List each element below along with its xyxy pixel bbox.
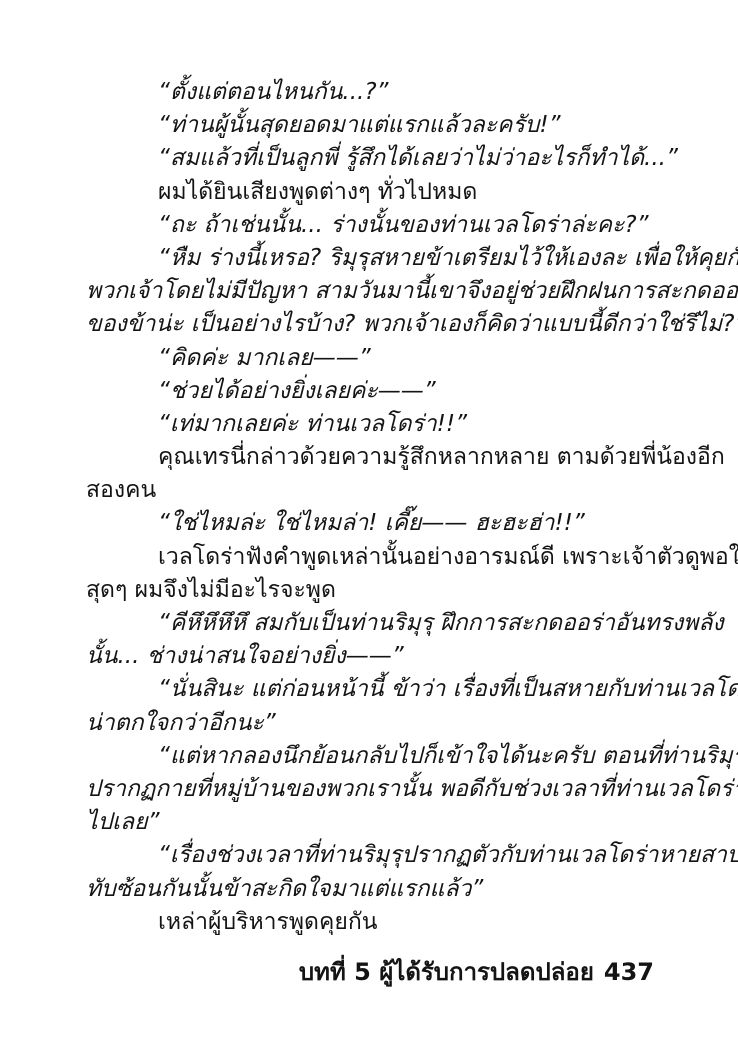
text-line: “ท่านผู้นั้นสุดยอดมาแต่แรกแล้วละครับ!”	[86, 109, 656, 142]
text-line: ไปเลย”	[86, 806, 656, 839]
text-line: เวลโดร่าฟังคำพูดเหล่านั้นอย่างอารมณ์ดี เ…	[86, 541, 656, 574]
text-line: สุดๆ ผมจึงไม่มีอะไรจะพูด	[86, 574, 656, 607]
text-line: “หืม ร่างนี้เหรอ? ริมุรุสหายข้าเตรียมไว้…	[86, 242, 656, 275]
text-line: “สมแล้วที่เป็นลูกพี่ รู้สึกได้เลยว่าไม่ว…	[86, 142, 656, 175]
text-line: “แต่หากลองนึกย้อนกลับไปก็เข้าใจได้นะครับ…	[86, 740, 656, 773]
text-line: เหล่าผู้บริหารพูดคุยกัน	[86, 906, 656, 939]
text-line: ของข้าน่ะ เป็นอย่างไรบ้าง? พวกเจ้าเองก็ค…	[86, 308, 656, 341]
text-line: พวกเจ้าโดยไม่มีปัญหา สามวันมานี้เขาจึงอย…	[86, 275, 656, 308]
text-lines: “ตั้งแต่ตอนไหนกัน...?”“ท่านผู้นั้นสุดยอด…	[86, 76, 656, 939]
text-line: “นั่นสินะ แต่ก่อนหน้านี้ ข้าว่า เรื่องที…	[86, 673, 656, 706]
novel-page: “ตั้งแต่ตอนไหนกัน...?”“ท่านผู้นั้นสุดยอด…	[0, 0, 738, 1051]
text-line: “เรื่องช่วงเวลาที่ท่านริมุรุปรากฏตัวกับท…	[86, 839, 656, 872]
text-line: น่าตกใจกว่าอีกนะ”	[86, 707, 656, 740]
chapter-title: บทที่ 5 ผู้ได้รับการปลดปล่อย	[299, 958, 594, 986]
text-line: “เท่มากเลยค่ะ ท่านเวลโดร่า!!”	[86, 408, 656, 441]
text-line: “ตั้งแต่ตอนไหนกัน...?”	[86, 76, 656, 109]
text-line: “คิดค่ะ มากเลย——”	[86, 342, 656, 375]
page-number: 437	[604, 958, 654, 986]
text-line: สองคน	[86, 474, 656, 507]
text-line: “ถะ ถ้าเช่นนั้น... ร่างนั้นของท่านเวลโดร…	[86, 209, 656, 242]
text-line: “คีหึหึหึหึ สมกับเป็นท่านริมุรุ ฝึกการสะ…	[86, 607, 656, 640]
text-line: ผมได้ยินเสียงพูดต่างๆ ทั่วไปหมด	[86, 176, 656, 209]
text-line: นั้น... ช่างน่าสนใจอย่างยิ่ง——”	[86, 640, 656, 673]
page-footer: บทที่ 5 ผู้ได้รับการปลดปล่อย437	[299, 952, 654, 991]
text-line: “ใช่ไหมล่ะ ใช่ไหมล่า! เคี๊ย—— ฮะฮะฮ่า!!”	[86, 507, 656, 540]
text-line: ทับซ้อนกันนั้นข้าสะกิดใจมาแต่แรกแล้ว”	[86, 873, 656, 906]
text-line: ปรากฏกายที่หมู่บ้านของพวกเรานั้น พอดีกับ…	[86, 773, 656, 806]
text-line: “ช่วยได้อย่างยิ่งเลยค่ะ——”	[86, 375, 656, 408]
text-line: คุณเทรนี่กล่าวด้วยความรู้สึกหลากหลาย ตาม…	[86, 441, 656, 474]
